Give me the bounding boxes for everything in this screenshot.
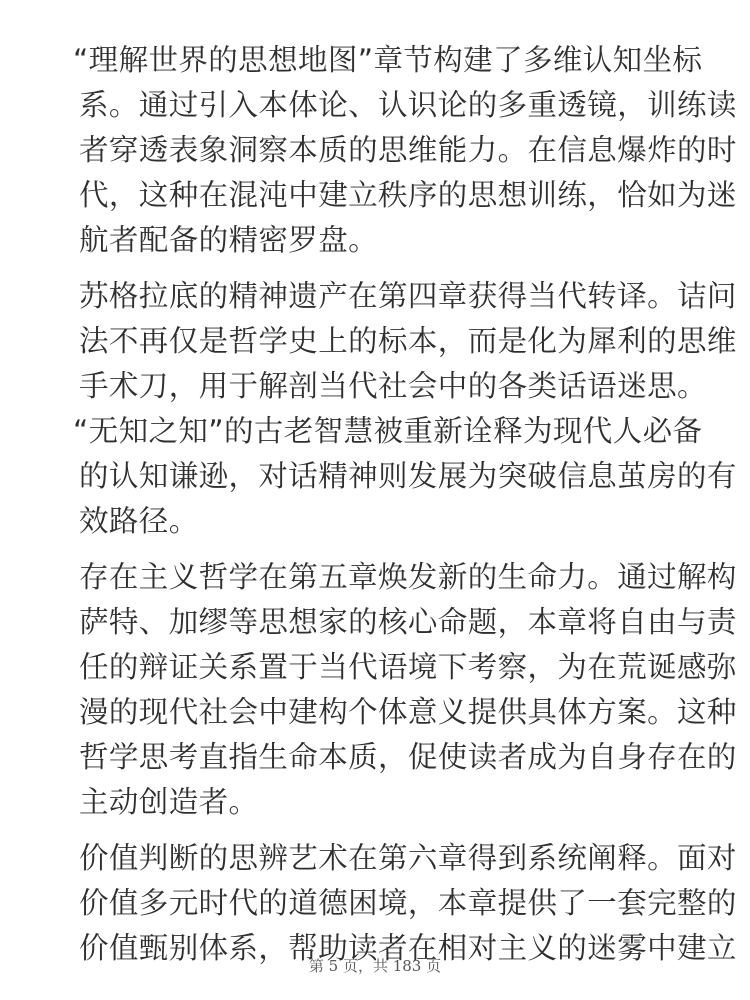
text-line: 价值多元时代的道德困境，本章提供了一套完整的 bbox=[79, 881, 673, 926]
text-line: 任的辩证关系置于当代语境下考察，为在荒诞感弥 bbox=[79, 645, 673, 690]
text-line: 漫的现代社会中建构个体意义提供具体方案。这种 bbox=[79, 690, 673, 735]
text-line: 手术刀，用于解剖当代社会中的各类话语迷思。 bbox=[79, 364, 673, 409]
text-line: 存在主义哲学在第五章焕发新的生命力。通过解构 bbox=[79, 555, 673, 600]
text-line: 萨特、加缪等思想家的核心命题，本章将自由与责 bbox=[79, 600, 673, 645]
text-line: 哲学思考直指生命本质，促使读者成为自身存在的 bbox=[79, 735, 673, 780]
text-line: “理解世界的思想地图”章节构建了多维认知坐标 bbox=[79, 38, 673, 83]
paragraph-existentialism: 存在主义哲学在第五章焕发新的生命力。通过解构 萨特、加缪等思想家的核心命题，本章… bbox=[79, 555, 673, 825]
paragraph-socrates: 苏格拉底的精神遗产在第四章获得当代转译。诘问 法不再仅是哲学史上的标本，而是化为… bbox=[79, 274, 673, 544]
text-line: 法不再仅是哲学史上的标本，而是化为犀利的思维 bbox=[79, 319, 673, 364]
text-line: 苏格拉底的精神遗产在第四章获得当代转译。诘问 bbox=[79, 274, 673, 319]
page-indicator: 第 5 页，共 183 页 bbox=[0, 955, 750, 976]
text-line: 航者配备的精密罗盘。 bbox=[79, 218, 673, 263]
text-line: 系。通过引入本体论、认识论的多重透镜，训练读 bbox=[79, 83, 673, 128]
text-line: 主动创造者。 bbox=[79, 780, 673, 825]
text-line: 者穿透表象洞察本质的思维能力。在信息爆炸的时 bbox=[79, 128, 673, 173]
text-line: 代，这种在混沌中建立秩序的思想训练，恰如为迷 bbox=[79, 173, 673, 218]
text-line: 的认知谦逊，对话精神则发展为突破信息茧房的有 bbox=[79, 454, 673, 499]
text-line: 价值判断的思辨艺术在第六章得到系统阐释。面对 bbox=[79, 836, 673, 881]
document-page: “理解世界的思想地图”章节构建了多维认知坐标 系。通过引入本体论、认识论的多重透… bbox=[79, 38, 673, 982]
text-line: 效路径。 bbox=[79, 499, 673, 544]
paragraph-value-judgment: 价值判断的思辨艺术在第六章得到系统阐释。面对 价值多元时代的道德困境，本章提供了… bbox=[79, 836, 673, 971]
text-line: “无知之知”的古老智慧被重新诠释为现代人必备 bbox=[79, 409, 673, 454]
paragraph-mind-map: “理解世界的思想地图”章节构建了多维认知坐标 系。通过引入本体论、认识论的多重透… bbox=[79, 38, 673, 263]
